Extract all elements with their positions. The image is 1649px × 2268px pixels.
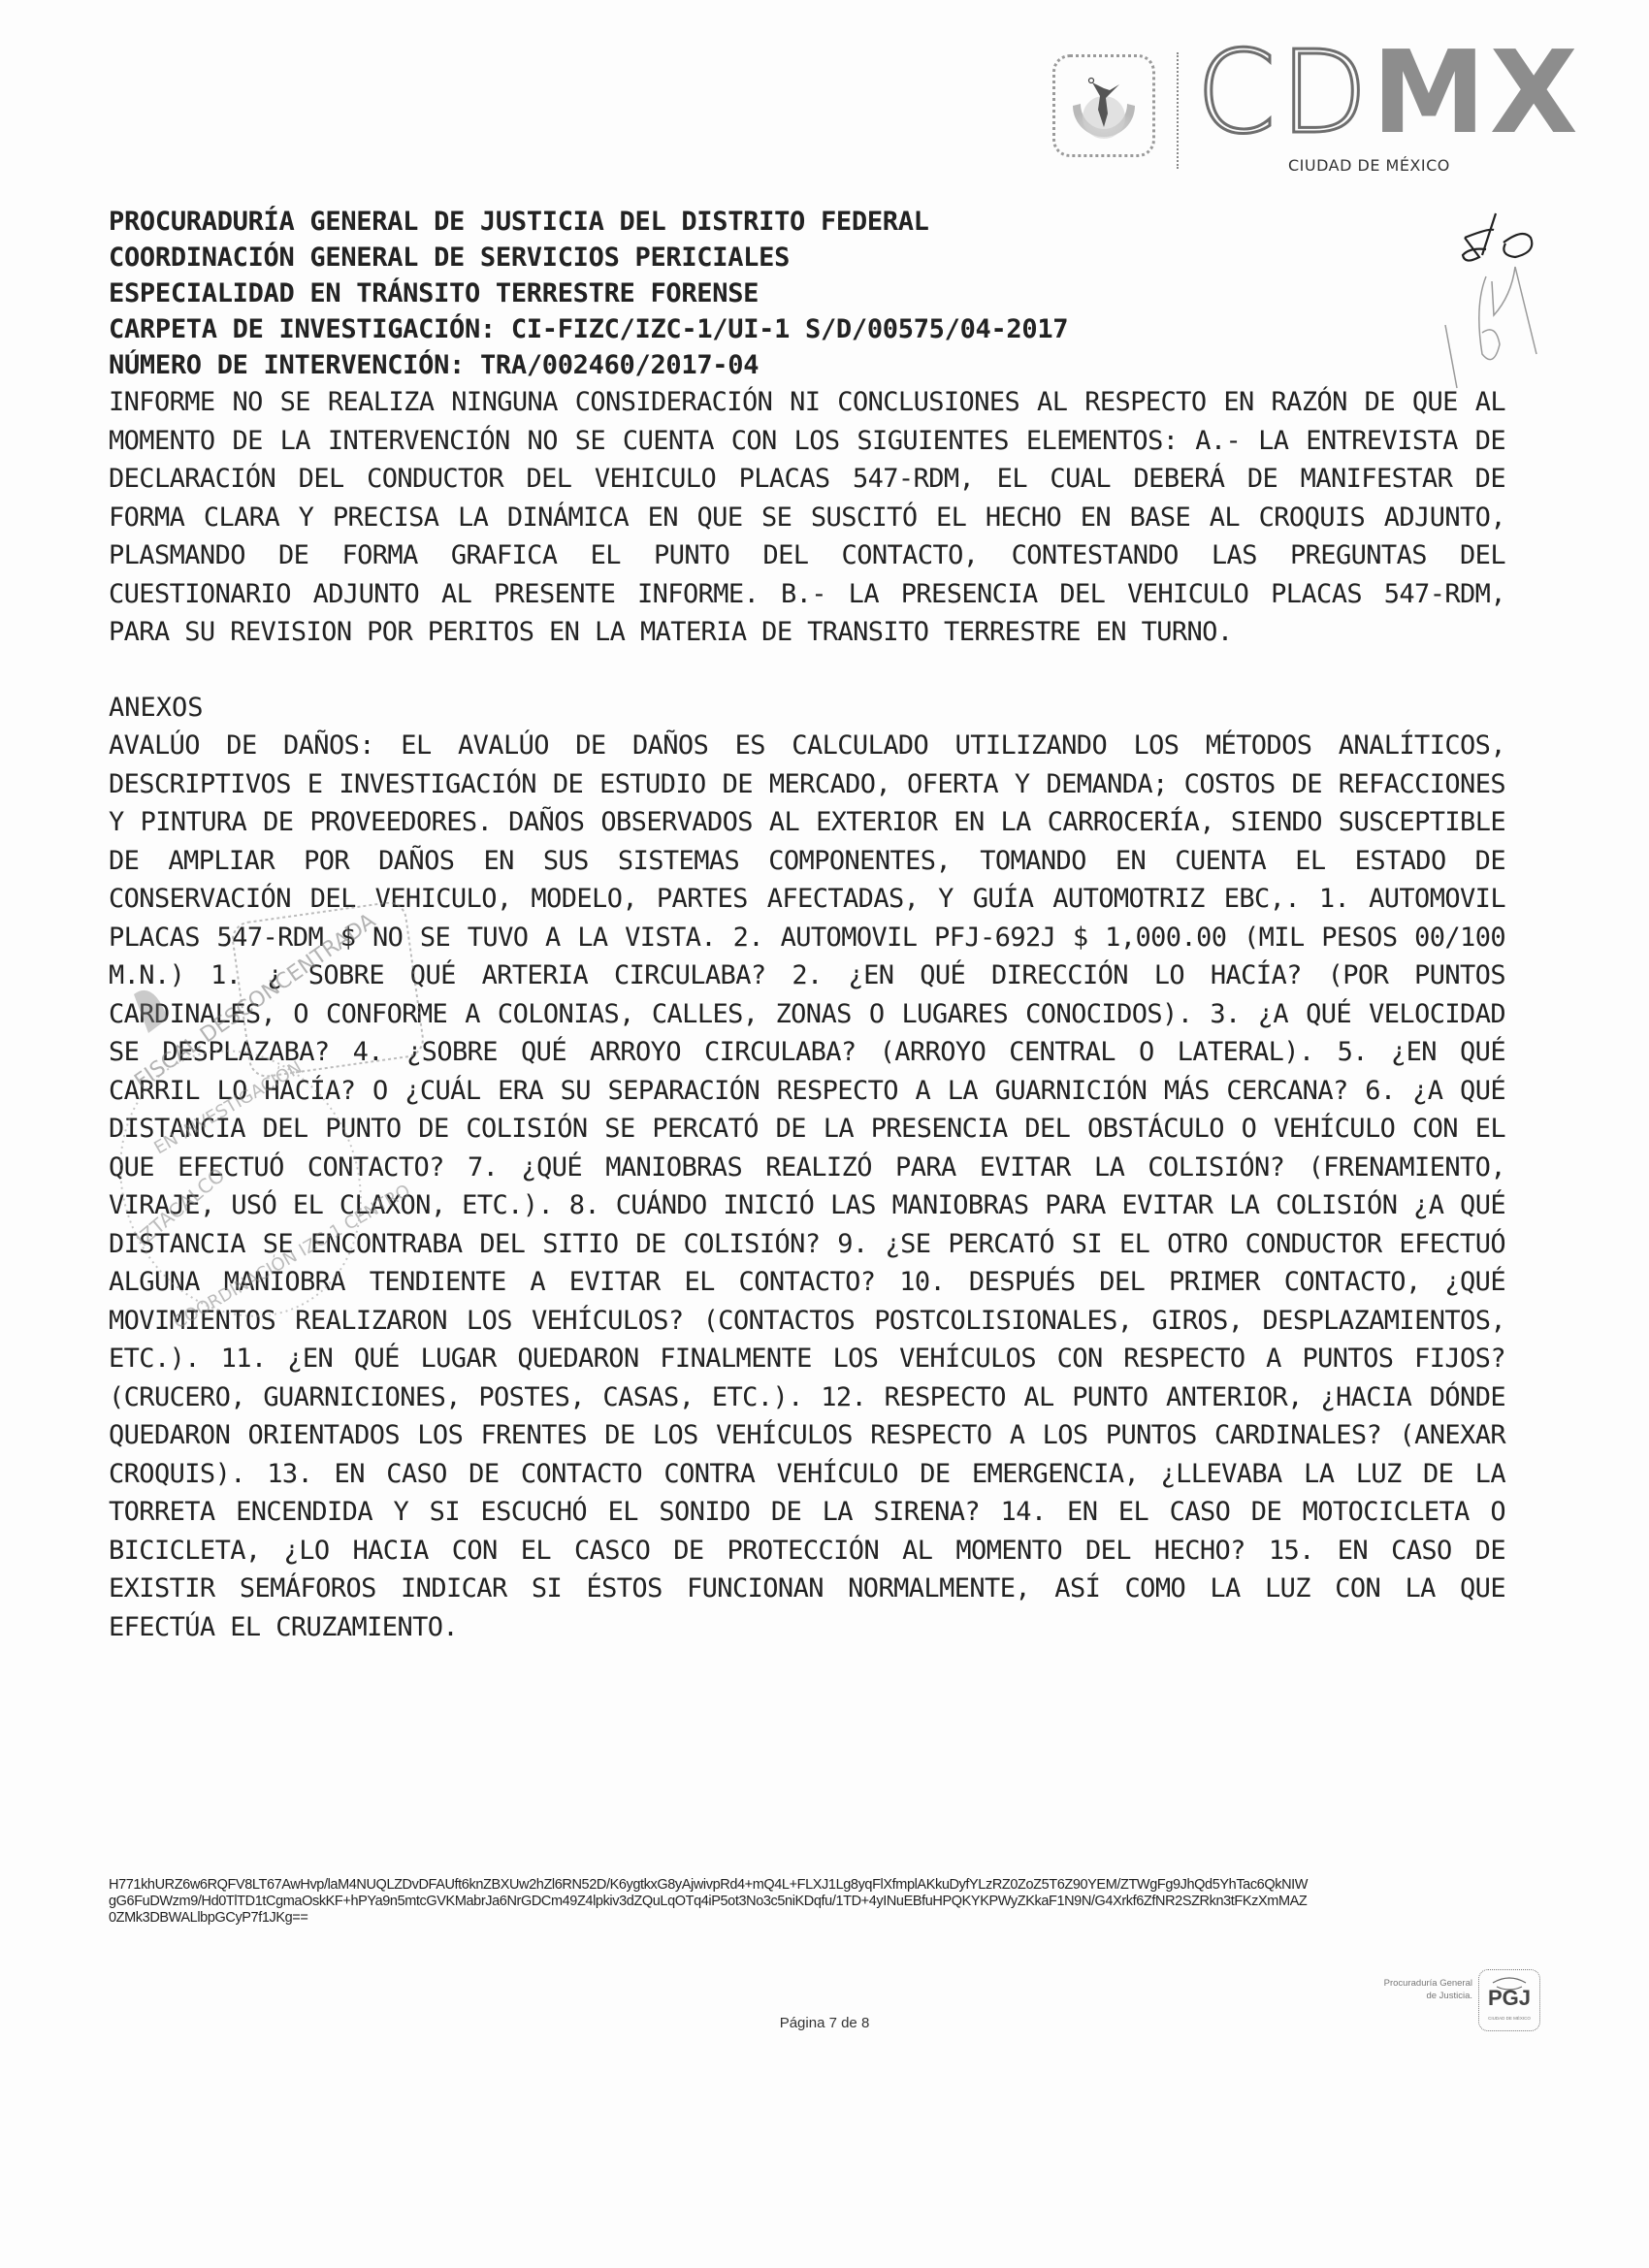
avaluo-paragraph: AVALÚO DE DAÑOS: EL AVALÚO DE DAÑOS ES C… <box>109 727 1505 1646</box>
carpeta-label: CARPETA DE INVESTIGACIÓN: <box>109 314 496 344</box>
signature-line: gG6FuDWzm9/Hd0TlTD1tCgmaOskKF+hPYa9n5mtc… <box>109 1894 1535 1910</box>
specialty-line: ESPECIALIDAD EN TRÁNSITO TERRESTRE FOREN… <box>109 275 1505 311</box>
cdmx-subtitle: CIUDAD DE MÉXICO <box>1288 156 1450 175</box>
cdmx-wordmark: CDMX <box>1196 35 1582 149</box>
informe-paragraph: INFORME NO SE REALIZA NINGUNA CONSIDERAC… <box>109 383 1505 652</box>
document-page: CDMX CIUDAD DE MÉXICO PROCURADURÍA GENER… <box>0 0 1649 2268</box>
document-body: PROCURADURÍA GENERAL DE JUSTICIA DEL DIS… <box>109 204 1505 1646</box>
carpeta-value: CI-FIZC/IZC-1/UI-1 S/D/00575/04-2017 <box>511 314 1068 344</box>
page-number: Página 7 de 8 <box>0 2015 1649 2031</box>
intervencion-label: NÚMERO DE INTERVENCIÓN: <box>109 350 465 380</box>
anexos-heading: ANEXOS <box>109 689 1505 728</box>
logo-divider <box>1177 52 1179 169</box>
spacer <box>109 652 1505 689</box>
carpeta-line: CARPETA DE INVESTIGACIÓN: CI-FIZC/IZC-1/… <box>109 311 1505 347</box>
digital-signature-block: H771khURZ6w6RQFV8LT67AwHvp/laM4NUQLZDvDF… <box>109 1877 1535 1927</box>
institution-line: PROCURADURÍA GENERAL DE JUSTICIA DEL DIS… <box>109 204 1505 240</box>
signature-line: H771khURZ6w6RQFV8LT67AwHvp/laM4NUQLZDvDF… <box>109 1877 1535 1894</box>
pgj-caption: Procuraduría General de Justicia. <box>1358 1977 1472 2002</box>
angel-emblem-icon <box>1052 54 1155 157</box>
signature-line: 0ZMk3DBWALlbpGCyP7f1JKg== <box>109 1910 1535 1927</box>
cdmx-logo: CDMX CIUDAD DE MÉXICO <box>1052 47 1576 182</box>
intervencion-value: TRA/002460/2017-04 <box>480 350 759 380</box>
coordination-line: COORDINACIÓN GENERAL DE SERVICIOS PERICI… <box>109 240 1505 275</box>
intervencion-line: NÚMERO DE INTERVENCIÓN: TRA/002460/2017-… <box>109 347 1505 383</box>
